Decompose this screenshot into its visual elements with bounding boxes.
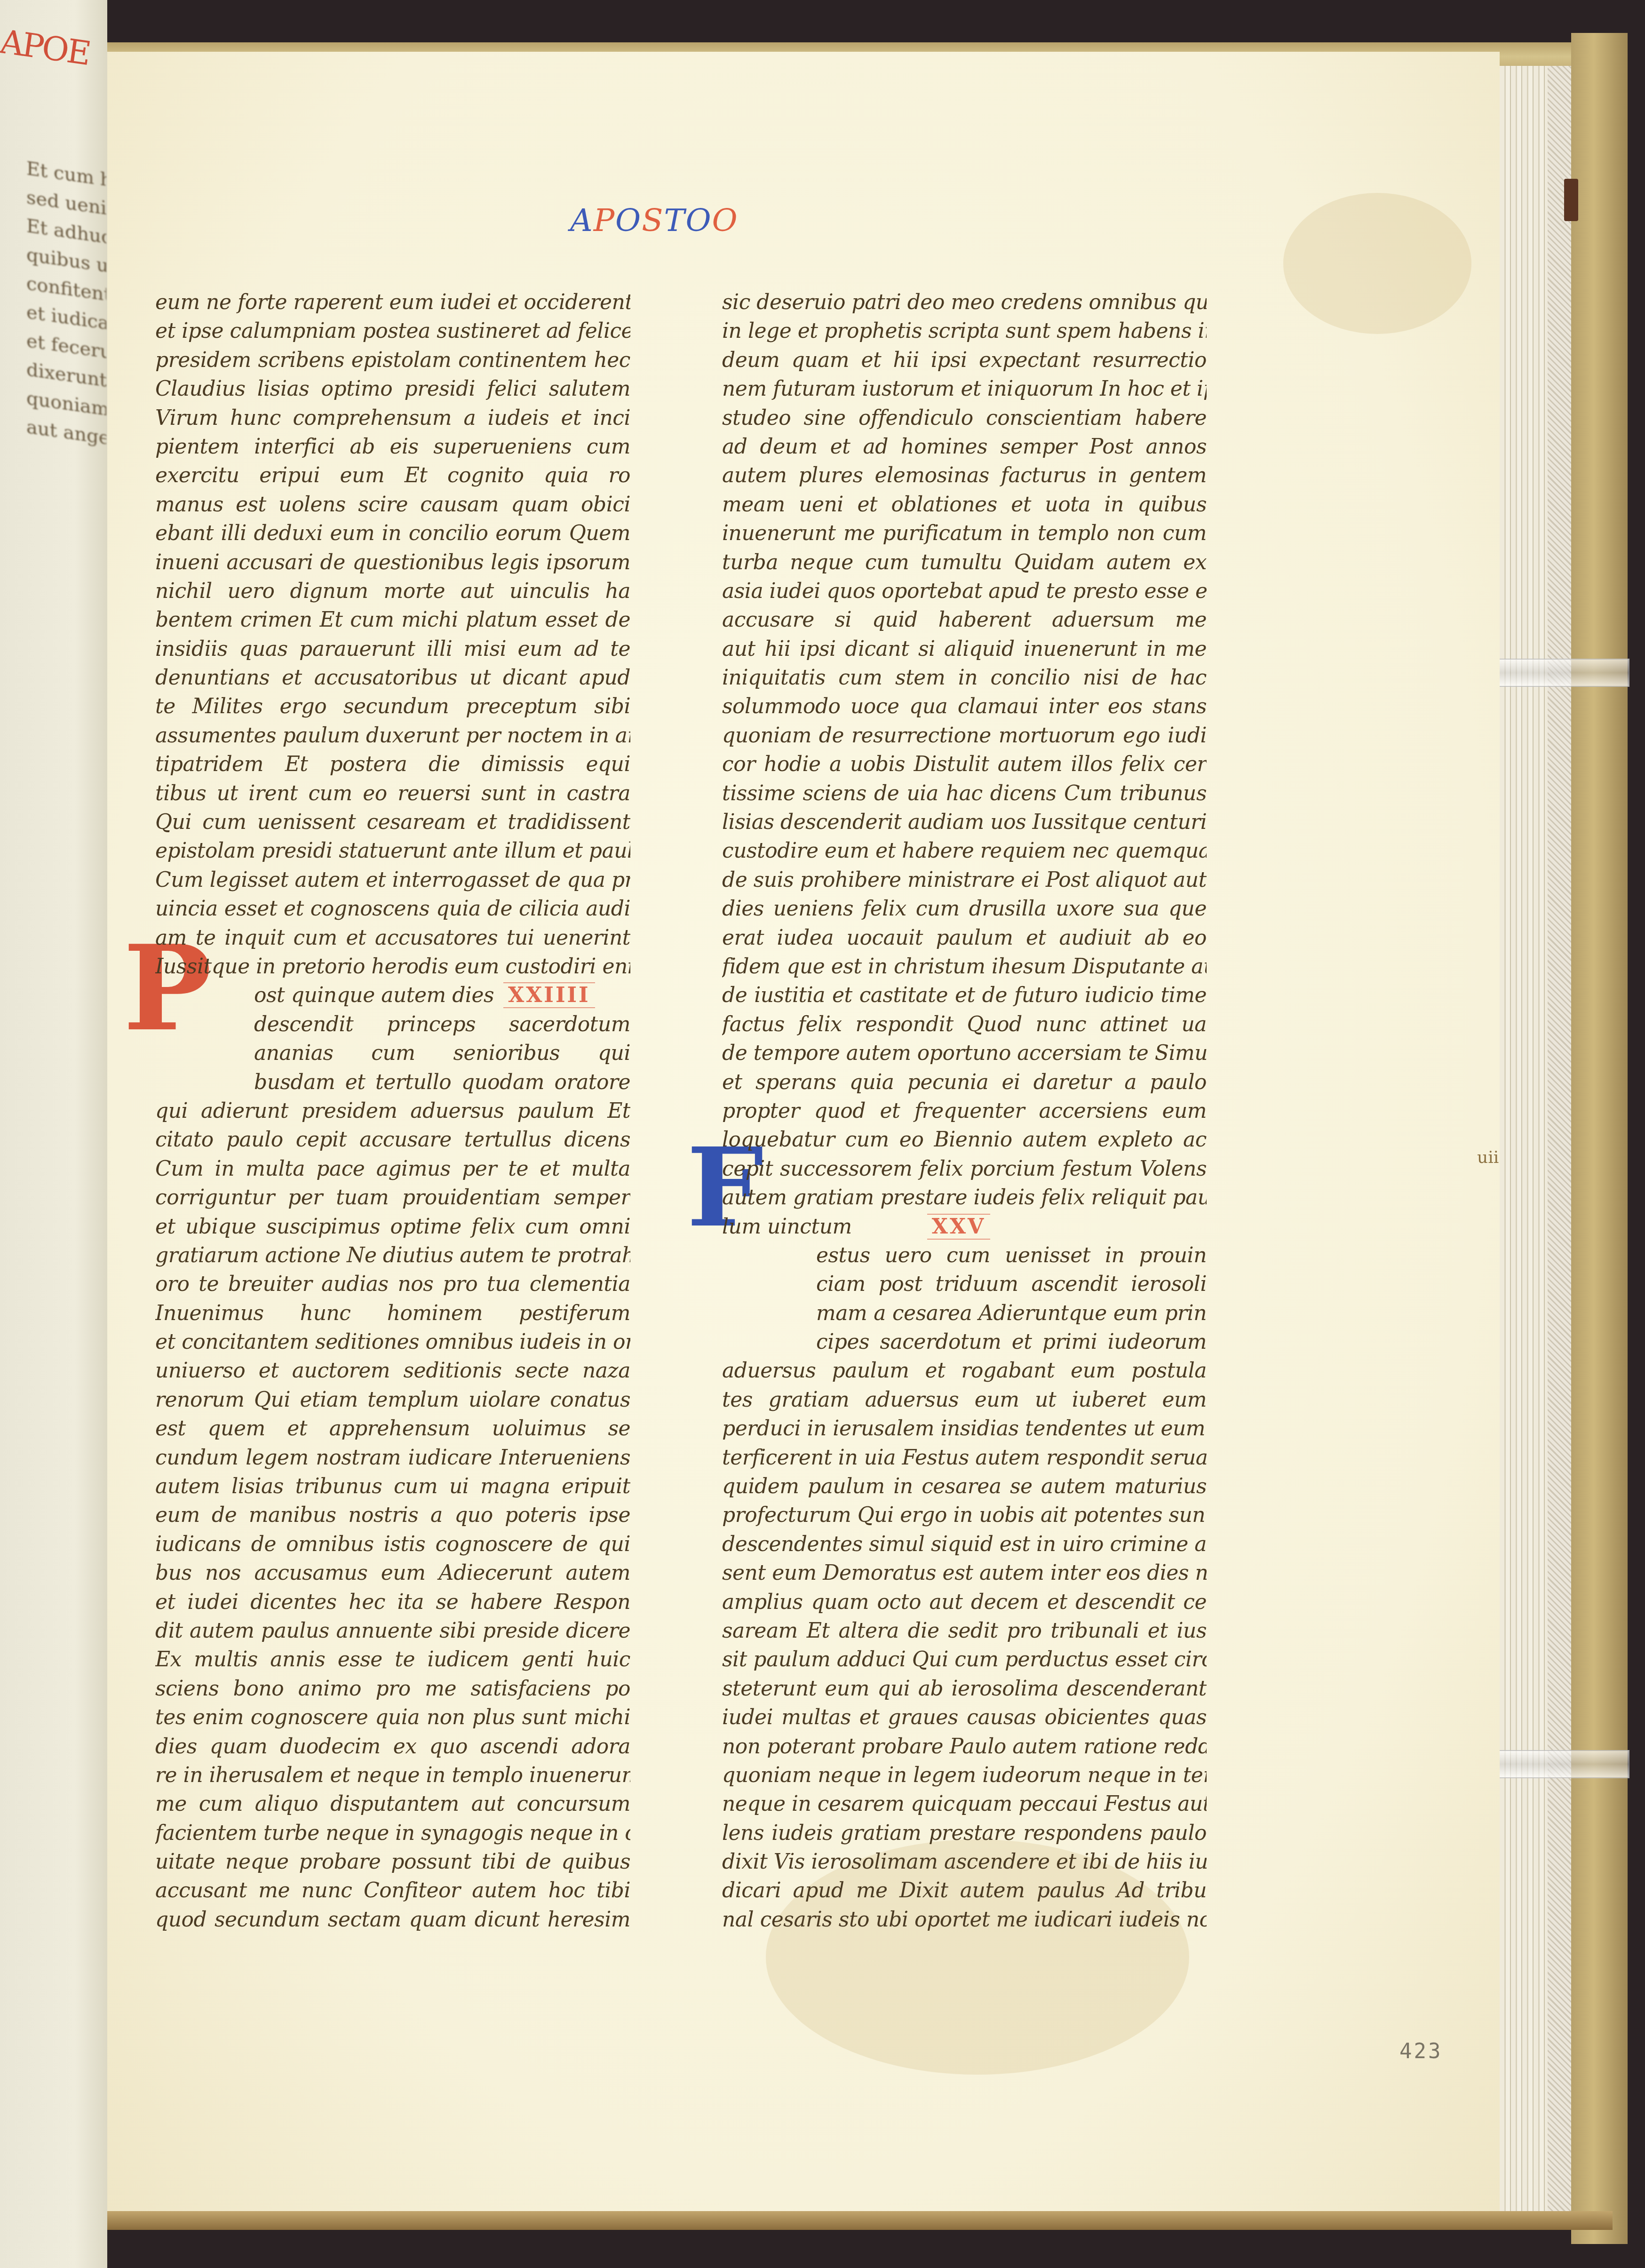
- text-line: cundum legem nostram iudicare Interuenie…: [155, 1443, 630, 1472]
- text-line: dies ueniens felix cum drusilla uxore su…: [722, 894, 1207, 923]
- text-line: inueni accusari de questionibus legis ip…: [155, 548, 630, 577]
- text-line: presidem scribens epistolam continentem …: [155, 346, 630, 374]
- text-line: nem futuram iustorum et iniquorum In hoc…: [722, 374, 1207, 403]
- text-line: solummodo uoce qua clamaui inter eos sta…: [722, 692, 1207, 721]
- binding-cloth: [1548, 66, 1571, 2211]
- running-header-letter: TO: [664, 202, 712, 239]
- text-line: Inuenimus hunc hominem pestiferum: [155, 1299, 630, 1328]
- text-line: qui adierunt presidem aduersus paulum Et: [155, 1097, 630, 1125]
- text-line: Cum legisset autem et interrogasset de q…: [155, 866, 630, 894]
- text-line: lisias descenderit audiam uos Iussitque …: [722, 808, 1207, 836]
- page-weight-clip-lower: [1486, 1750, 1629, 1778]
- facing-page-edge: APOE Et cum hec dixisssed ueniens inEt a…: [0, 0, 107, 2268]
- text-line: quoniam de resurrectione mortuorum ego i…: [722, 721, 1207, 750]
- text-line: sic deseruio patri deo meo credens omnib…: [722, 288, 1207, 317]
- text-line: tissime sciens de uia hac dicens Cum tri…: [722, 779, 1207, 808]
- chapter-number: XXIIII: [503, 982, 595, 1008]
- running-header-letter: P: [594, 202, 615, 239]
- chapter-heading-line: ost quinque autem diesXXIIII: [155, 981, 630, 1010]
- text-line: in lege et prophetis scripta sunt spem h…: [722, 317, 1207, 345]
- text-line: te Milites ergo secundum preceptum sibi: [155, 692, 630, 721]
- text-line: uincia esset et cognoscens quia de cilic…: [155, 894, 630, 923]
- text-line: meam ueni et oblationes et uota in quibu…: [722, 490, 1207, 519]
- binding-bottom-edge: [107, 2211, 1613, 2230]
- text-line: autem gratiam prestare iudeis felix reli…: [722, 1183, 1207, 1212]
- text-line: ciam post triduum ascendit ierosoli: [722, 1270, 1207, 1298]
- text-line: uitate neque probare possunt tibi de qui…: [155, 1847, 630, 1876]
- text-line: iudei multas et graues causas obicientes…: [722, 1703, 1207, 1732]
- text-line: tes enim cognoscere quia non plus sunt m…: [155, 1703, 630, 1732]
- text-line: de suis prohibere ministrare ei Post ali…: [722, 866, 1207, 894]
- text-line: citato paulo cepit accusare tertullus di…: [155, 1125, 630, 1154]
- text-line: gratiarum actione Ne diutius autem te pr…: [155, 1241, 630, 1270]
- text-line: re in iherusalem et neque in templo inue…: [155, 1761, 630, 1790]
- text-line: accusare si quid haberent aduersum me: [722, 605, 1207, 634]
- text-line: dixit Vis ierosolimam ascendere et ibi d…: [722, 1847, 1207, 1876]
- text-line: fidem que est in christum ihesum Disputa…: [722, 952, 1207, 981]
- text-line: et ubique suscipimus optime felix cum om…: [155, 1212, 630, 1241]
- text-line: descendentes simul siquid est in uiro cr…: [722, 1530, 1207, 1559]
- text-line: Qui cum uenissent cesaream et tradidisse…: [155, 808, 630, 836]
- text-line: oro te breuiter audias nos pro tua cleme…: [155, 1270, 630, 1298]
- margin-annotation: uii: [1477, 1148, 1499, 1167]
- chapter-first-line: ost quinque autem dies: [254, 983, 494, 1007]
- text-line: est quem et apprehensum uoluimus se: [155, 1414, 630, 1443]
- text-line: quod secundum sectam quam dicunt heresim: [155, 1905, 630, 1934]
- text-line: iniquitatis cum stem in concilio nisi de…: [722, 663, 1207, 692]
- text-line: sent eum Demoratus est autem inter eos d…: [722, 1559, 1207, 1587]
- text-line: steterunt eum qui ab ierosolima descende…: [722, 1674, 1207, 1703]
- text-line: me cum aliquo disputantem aut concursum: [155, 1790, 630, 1818]
- text-line: et iudei dicentes hec ita se habere Resp…: [155, 1588, 630, 1616]
- text-line: facientem turbe neque in synagogis neque…: [155, 1819, 630, 1847]
- text-line: corriguntur per tuam prouidentiam semper: [155, 1183, 630, 1212]
- text-line: deum quam et hii ipsi expectant resurrec…: [722, 346, 1207, 374]
- text-line: eum ne forte raperent eum iudei et occid…: [155, 288, 630, 317]
- text-line: loquebatur cum eo Biennio autem expleto …: [722, 1125, 1207, 1154]
- text-line: pientem interfici ab eis superueniens cu…: [155, 432, 630, 461]
- running-header-letter: O: [615, 202, 642, 239]
- text-line: quoniam neque in legem iudeorum neque in…: [722, 1761, 1207, 1790]
- text-line: ebant illi deduxi eum in concilio eorum …: [155, 519, 630, 548]
- text-line: dit autem paulus annuente sibi preside d…: [155, 1616, 630, 1645]
- text-line: et sperans quia pecunia ei daretur a pau…: [722, 1068, 1207, 1097]
- text-line: sit paulum adduci Qui cum perductus esse…: [722, 1645, 1207, 1674]
- text-line: Iussitque in pretorio herodis eum custod…: [155, 952, 630, 981]
- text-line: saream Et altera die sedit pro tribunali…: [722, 1616, 1207, 1645]
- text-line: quidem paulum in cesarea se autem maturi…: [722, 1472, 1207, 1501]
- text-line: erat iudea uocauit paulum et audiuit ab …: [722, 923, 1207, 952]
- text-line: exercitu eripui eum Et cognito quia ro: [155, 461, 630, 490]
- text-column-right: sic deseruio patri deo meo credens omnib…: [722, 288, 1207, 1934]
- text-line: nal cesaris sto ubi oportet me iudicari …: [722, 1905, 1207, 1934]
- text-line: bentem crimen Et cum michi platum esset …: [155, 605, 630, 634]
- text-line: descendit princeps sacerdotum: [155, 1010, 630, 1039]
- text-line: nichil uero dignum morte aut uinculis ha: [155, 577, 630, 605]
- text-line: aduersus paulum et rogabant eum postula: [722, 1356, 1207, 1385]
- text-line: tipatridem Et postera die dimissis equi: [155, 750, 630, 779]
- text-line: custodire eum et habere requiem nec quem…: [722, 836, 1207, 865]
- running-header: APOSTOO: [570, 202, 739, 239]
- text-line: Cum in multa pace agimus per te et multa: [155, 1154, 630, 1183]
- text-line: cor hodie a uobis Distulit autem illos f…: [722, 750, 1207, 779]
- text-line: cepit successorem felix porcium festum V…: [722, 1154, 1207, 1183]
- chapter-number: XXV: [927, 1214, 990, 1240]
- text-line: inuenerunt me purificatum in templo non …: [722, 519, 1207, 548]
- text-line: de iustitia et castitate et de futuro iu…: [722, 981, 1207, 1010]
- text-line: mam a cesarea Adieruntque eum prin: [722, 1299, 1207, 1328]
- text-line: autem lisias tribunus cum ui magna eripu…: [155, 1472, 630, 1501]
- text-line: insidiis quas parauerunt illi misi eum a…: [155, 635, 630, 663]
- text-line: dicari apud me Dixit autem paulus Ad tri…: [722, 1876, 1207, 1905]
- text-line: propter quod et frequenter accersiens eu…: [722, 1097, 1207, 1125]
- text-line: Claudius lisias optimo presidi felici sa…: [155, 374, 630, 403]
- clasp-remnant-icon: [1564, 179, 1578, 221]
- text-line: tibus ut irent cum eo reuersi sunt in ca…: [155, 779, 630, 808]
- folio-number: 423: [1399, 2039, 1442, 2063]
- binding-board-right: [1571, 33, 1628, 2244]
- text-line: epistolam presidi statuerunt ante illum …: [155, 836, 630, 865]
- text-line: ad deum et ad homines semper Post annos: [722, 432, 1207, 461]
- text-line: busdam et tertullo quodam oratore: [155, 1068, 630, 1097]
- text-line: iudicans de omnibus istis cognoscere de …: [155, 1530, 630, 1559]
- running-header-letter: A: [570, 202, 594, 239]
- text-line: eum de manibus nostris a quo poteris ips…: [155, 1501, 630, 1529]
- text-line: renorum Qui etiam templum uiolare conatu…: [155, 1385, 630, 1414]
- text-line: bus nos accusamus eum Adiecerunt autem: [155, 1559, 630, 1587]
- text-line: et concitantem seditiones omnibus iudeis…: [155, 1328, 630, 1356]
- text-line: denuntians et accusatoribus ut dicant ap…: [155, 663, 630, 692]
- text-line: profecturum Qui ergo in uobis ait potent…: [722, 1501, 1207, 1529]
- text-line: ananias cum senioribus qui: [155, 1039, 630, 1067]
- text-line: terficerent in uia Festus autem respondi…: [722, 1443, 1207, 1472]
- manuscript-photograph: APOE Et cum hec dixisssed ueniens inEt a…: [0, 0, 1645, 2268]
- text-line: neque in cesarem quicquam peccaui Festus…: [722, 1790, 1207, 1818]
- text-line: aut hii ipsi dicant si aliquid inuenerun…: [722, 635, 1207, 663]
- text-line: studeo sine offendiculo conscientiam hab…: [722, 404, 1207, 432]
- text-line: Ex multis annis esse te iudicem genti hu…: [155, 1645, 630, 1674]
- text-line: uniuerso et auctorem seditionis secte na…: [155, 1356, 630, 1385]
- text-line: perduci in ierusalem insidias tendentes …: [722, 1414, 1207, 1443]
- text-line: de tempore autem oportuno accersiam te S…: [722, 1039, 1207, 1067]
- text-line: autem plures elemosinas facturus in gent…: [722, 461, 1207, 490]
- text-line: et ipse calumpniam postea sustineret ad …: [155, 317, 630, 345]
- text-line: cipes sacerdotum et primi iudeorum: [722, 1328, 1207, 1356]
- text-line: Virum hunc comprehensum a iudeis et inci: [155, 404, 630, 432]
- facing-page-running-header: APOE: [0, 22, 92, 73]
- text-line: manus est uolens scire causam quam obici: [155, 490, 630, 519]
- text-line: turba neque cum tumultu Quidam autem ex: [722, 548, 1207, 577]
- text-line: assumentes paulum duxerunt per noctem in…: [155, 721, 630, 750]
- facing-page-text: Et cum hec dixisssed ueniens inEt adhuc …: [26, 154, 106, 453]
- running-header-letter: O: [712, 202, 739, 239]
- text-line: factus felix respondit Quod nunc attinet…: [722, 1010, 1207, 1039]
- text-line: lens iudeis gratiam prestare respondens …: [722, 1819, 1207, 1847]
- text-line: sciens bono animo pro me satisfaciens po: [155, 1674, 630, 1703]
- text-line: accusant me nunc Confiteor autem hoc tib…: [155, 1876, 630, 1905]
- text-line: dies quam duodecim ex quo ascendi adora: [155, 1732, 630, 1761]
- text-column-left: eum ne forte raperent eum iudei et occid…: [155, 288, 630, 1934]
- text-line: am te inquit cum et accusatores tui uene…: [155, 923, 630, 952]
- chapter-first-line: estus uero cum uenisset in prouin: [722, 1241, 1207, 1270]
- text-line: tes gratiam aduersus eum ut iuberet eum: [722, 1385, 1207, 1414]
- text-line: non poterant probare Paulo autem ratione…: [722, 1732, 1207, 1761]
- text-line: asia iudei quos oportebat apud te presto…: [722, 577, 1207, 605]
- running-header-letter: S: [642, 202, 664, 239]
- text-line: lum uinctumXXV: [722, 1212, 1207, 1241]
- page-weight-clip-upper: [1486, 659, 1629, 687]
- text-line: amplius quam octo aut decem et descendit…: [722, 1588, 1207, 1616]
